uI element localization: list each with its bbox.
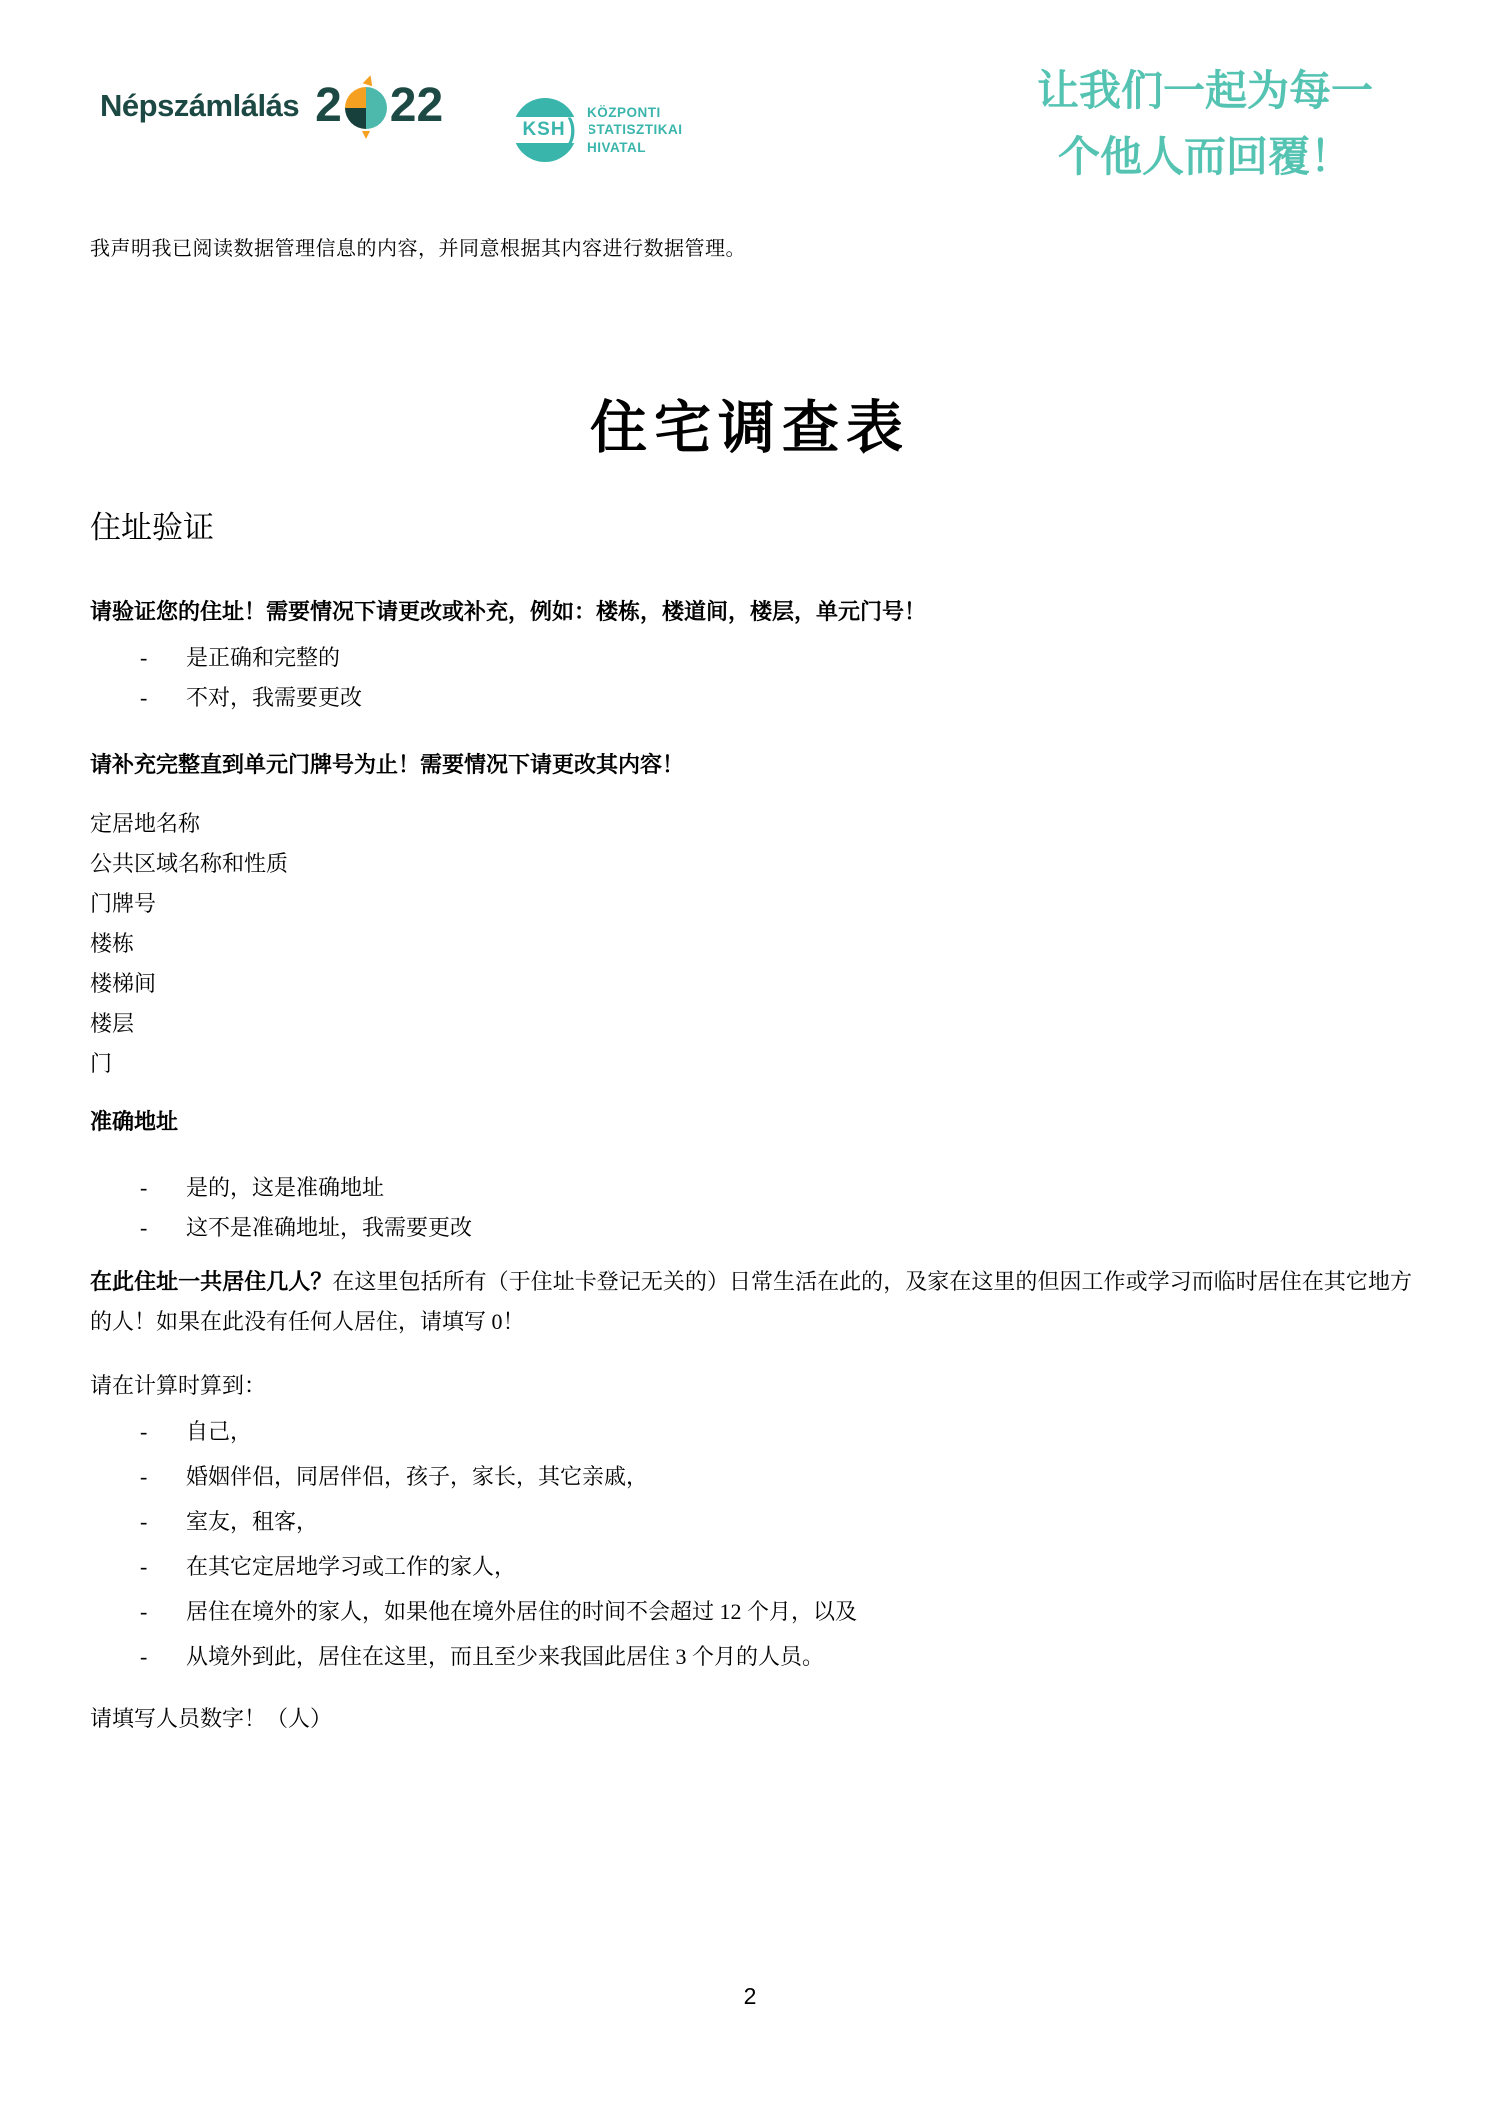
ksh-bracket-icon: ) [568, 113, 576, 147]
address-field: 定居地名称 [90, 804, 1412, 844]
brand-year: 2 22 [315, 82, 443, 130]
count-item: 自己， [90, 1412, 1412, 1452]
pie-tick-bottom-icon [362, 131, 370, 139]
residents-question-bold: 在此住址一共居住几人？ [90, 1269, 332, 1294]
count-item: 室友，租客， [90, 1502, 1412, 1542]
residents-question: 在此住址一共居住几人？在这里包括所有（于住址卡登记无关的）日常生活在此的，及家在… [90, 1262, 1412, 1342]
questionnaire-content: 住址验证 请验证您的住址！需要情况下请更改或补充，例如：楼栋，楼道间，楼层，单元… [90, 508, 1412, 1739]
exact-address-heading: 准确地址 [90, 1102, 1412, 1142]
ksh-org-name: KÖZPONTI STATISZTIKAI HIVATAL [587, 104, 683, 157]
address-field: 楼层 [90, 1004, 1412, 1044]
count-item: 婚姻伴侣，同居伴侣，孩子，家长，其它亲戚， [90, 1457, 1412, 1497]
brand-name: Népszámlálás [100, 88, 299, 124]
campaign-slogan: 让我们一起为每一 个他人而回覆！ [980, 58, 1430, 190]
ksh-band: KSH ) [509, 117, 589, 143]
page-number: 2 [0, 1983, 1500, 2010]
address-field: 门 [90, 1044, 1412, 1084]
address-field-list: 定居地名称 公共区域名称和性质 门牌号 楼栋 楼梯间 楼层 门 [90, 804, 1412, 1084]
brand-year-head: 2 [315, 82, 342, 130]
page-title: 住宅调查表 [0, 382, 1500, 464]
option-item: 这不是准确地址，我需要更改 [90, 1208, 1412, 1248]
pie-chart-zero-icon [345, 87, 387, 129]
census-questionnaire-page: Népszámlálás 2 22 KSH ) KÖZPONTI STATISZ… [0, 0, 1500, 2121]
address-field: 公共区域名称和性质 [90, 844, 1412, 884]
count-item: 从境外到此，居住在这里，而且至少来我国此居住 3 个月的人员。 [90, 1637, 1412, 1677]
ksh-abbr: KSH [522, 119, 565, 141]
option-item: 不对，我需要更改 [90, 678, 1412, 718]
brand-year-tail: 22 [390, 82, 443, 130]
address-field: 楼栋 [90, 924, 1412, 964]
slogan-line1: 让我们一起为每一 [1037, 67, 1373, 114]
nepszamlalas-2022-logo: Népszámlálás 2 22 [100, 82, 443, 130]
count-item: 在其它定居地学习或工作的家人， [90, 1547, 1412, 1587]
address-field: 门牌号 [90, 884, 1412, 924]
address-verify-prompt: 请验证您的住址！需要情况下请更改或补充，例如：楼栋，楼道间，楼层，单元门号！ [90, 592, 1412, 632]
count-item: 居住在境外的家人，如果他在境外居住的时间不会超过 12 个月，以及 [90, 1592, 1412, 1632]
exact-address-options: 是的，这是准确地址 这不是准确地址，我需要更改 [90, 1168, 1412, 1248]
section-heading-address-verify: 住址验证 [90, 508, 1412, 548]
fill-number-prompt: 请填写人员数字！（人） [90, 1699, 1412, 1739]
data-management-declaration: 我声明我已阅读数据管理信息的内容，并同意根据其内容进行数据管理。 [90, 232, 746, 261]
address-field: 楼梯间 [90, 964, 1412, 1004]
ksh-org-line1: KÖZPONTI [587, 105, 661, 120]
ksh-circle-icon: KSH ) [513, 98, 577, 162]
ksh-org-line2: STATISZTIKAI [587, 122, 683, 137]
count-intro: 请在计算时算到： [90, 1366, 1412, 1406]
ksh-org-line3: HIVATAL [587, 140, 646, 155]
address-verify-options: 是正确和完整的 不对，我需要更改 [90, 638, 1412, 718]
address-complete-prompt: 请补充完整直到单元门牌号为止！需要情况下请更改其内容！ [90, 745, 1412, 785]
pie-tick-top-icon [362, 74, 375, 87]
count-list: 自己， 婚姻伴侣，同居伴侣，孩子，家长，其它亲戚， 室友，租客， 在其它定居地学… [90, 1412, 1412, 1677]
slogan-line2: 个他人而回覆！ [1058, 133, 1352, 180]
option-item: 是正确和完整的 [90, 638, 1412, 678]
option-item: 是的，这是准确地址 [90, 1168, 1412, 1208]
ksh-logo: KSH ) KÖZPONTI STATISZTIKAI HIVATAL [513, 98, 683, 162]
